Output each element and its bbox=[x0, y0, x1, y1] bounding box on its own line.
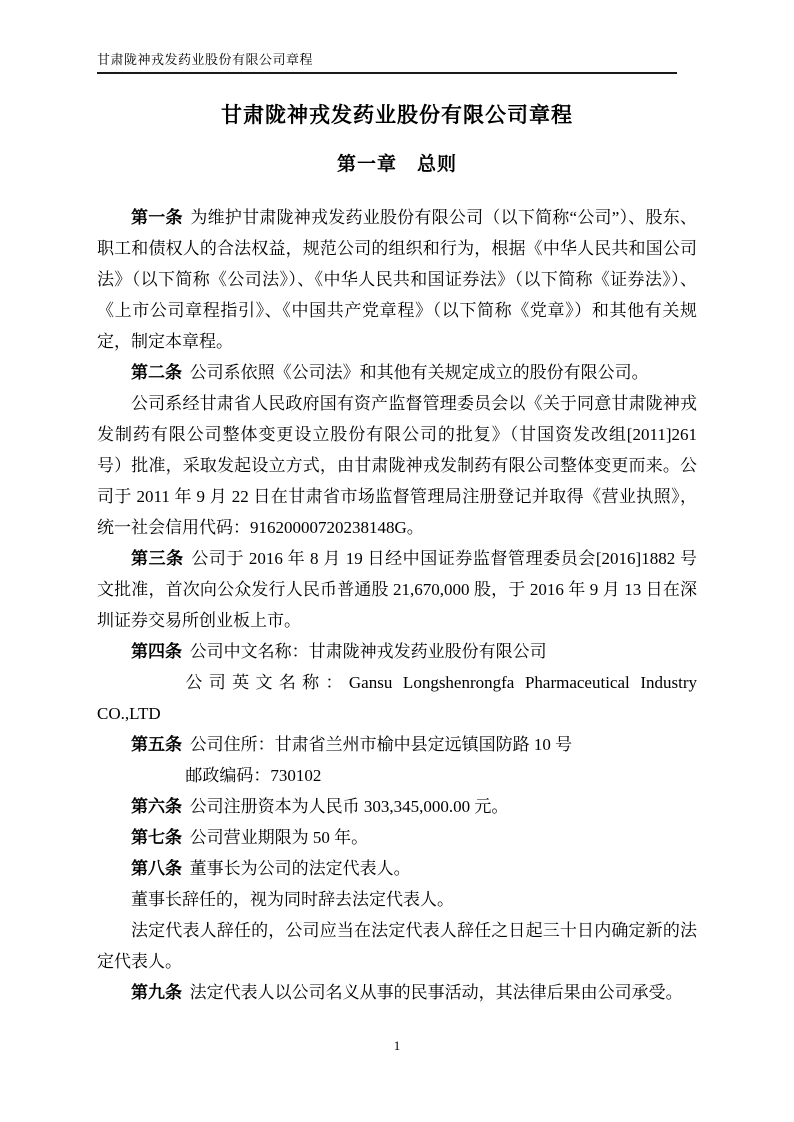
running-header-text: 甘肃陇神戎发药业股份有限公司章程 bbox=[97, 52, 313, 67]
article-paragraph: 公司系经甘肃省人民政府国有资产监督管理委员会以《关于同意甘肃陇神戎发制药有限公司… bbox=[97, 388, 697, 543]
article-paragraph: 第八条董事长为公司的法定代表人。 bbox=[97, 853, 697, 884]
article-paragraph: 第二条公司系依照《公司法》和其他有关规定成立的股份有限公司。 bbox=[97, 357, 697, 388]
document-title: 甘肃陇神戎发药业股份有限公司章程 bbox=[97, 102, 697, 128]
article-text: 公司系依照《公司法》和其他有关规定成立的股份有限公司。 bbox=[190, 363, 649, 382]
article-paragraph: 第九条法定代表人以公司名义从事的民事活动，其法律后果由公司承受。 bbox=[97, 977, 697, 1008]
article-number: 第七条 bbox=[131, 828, 182, 847]
article-number: 第一条 bbox=[131, 208, 183, 227]
article-number: 第九条 bbox=[131, 983, 182, 1002]
article-paragraph: 第一条为维护甘肃陇神戎发药业股份有限公司（以下简称“公司”）、股东、职工和债权人… bbox=[97, 202, 697, 357]
article-paragraph: 第六条公司注册资本为人民币 303,345,000.00 元。 bbox=[97, 791, 697, 822]
article-text: 公司英文名称：Gansu Longshenrongfa Pharmaceutic… bbox=[97, 673, 697, 723]
article-paragraph: 法定代表人辞任的，公司应当在法定代表人辞任之日起三十日内确定新的法定代表人。 bbox=[97, 915, 697, 977]
article-text: 公司住所：甘肃省兰州市榆中县定远镇国防路 10 号 bbox=[190, 735, 573, 754]
article-text: 公司营业期限为 50 年。 bbox=[190, 828, 369, 847]
article-text: 邮政编码：730102 bbox=[185, 766, 321, 785]
article-paragraph: 第五条公司住所：甘肃省兰州市榆中县定远镇国防路 10 号 bbox=[97, 729, 697, 760]
article-number: 第八条 bbox=[131, 859, 182, 878]
article-paragraph: 第四条公司中文名称：甘肃陇神戎发药业股份有限公司 bbox=[97, 636, 697, 667]
article-paragraph: 公司英文名称：Gansu Longshenrongfa Pharmaceutic… bbox=[97, 667, 697, 729]
article-paragraph: 邮政编码：730102 bbox=[97, 760, 697, 791]
article-paragraph: 第七条公司营业期限为 50 年。 bbox=[97, 822, 697, 853]
article-text: 公司注册资本为人民币 303,345,000.00 元。 bbox=[190, 797, 509, 816]
running-header: 甘肃陇神戎发药业股份有限公司章程 bbox=[97, 52, 677, 74]
article-text: 法定代表人以公司名义从事的民事活动，其法律后果由公司承受。 bbox=[190, 983, 683, 1002]
document-page: 甘肃陇神戎发药业股份有限公司章程 甘肃陇神戎发药业股份有限公司章程 第一章 总则… bbox=[0, 0, 794, 1122]
article-text: 为维护甘肃陇神戎发药业股份有限公司（以下简称“公司”）、股东、职工和债权人的合法… bbox=[97, 208, 697, 351]
article-text: 法定代表人辞任的，公司应当在法定代表人辞任之日起三十日内确定新的法定代表人。 bbox=[97, 921, 697, 971]
article-number: 第四条 bbox=[131, 642, 182, 661]
document-body: 第一条为维护甘肃陇神戎发药业股份有限公司（以下简称“公司”）、股东、职工和债权人… bbox=[97, 202, 697, 1008]
article-paragraph: 第三条公司于 2016 年 8 月 19 日经中国证券监督管理委员会[2016]… bbox=[97, 543, 697, 636]
chapter-heading: 第一章 总则 bbox=[97, 154, 697, 176]
article-paragraph: 董事长辞任的，视为同时辞去法定代表人。 bbox=[97, 884, 697, 915]
article-text: 公司中文名称：甘肃陇神戎发药业股份有限公司 bbox=[190, 642, 547, 661]
page-number: 1 bbox=[0, 1038, 794, 1054]
article-text: 公司系经甘肃省人民政府国有资产监督管理委员会以《关于同意甘肃陇神戎发制药有限公司… bbox=[97, 394, 697, 537]
article-number: 第二条 bbox=[131, 363, 182, 382]
article-number: 第五条 bbox=[131, 735, 182, 754]
article-number: 第三条 bbox=[131, 549, 184, 568]
article-text: 董事长辞任的，视为同时辞去法定代表人。 bbox=[131, 890, 454, 909]
article-number: 第六条 bbox=[131, 797, 182, 816]
article-text: 公司于 2016 年 8 月 19 日经中国证券监督管理委员会[2016]188… bbox=[97, 549, 697, 630]
article-text: 董事长为公司的法定代表人。 bbox=[190, 859, 411, 878]
